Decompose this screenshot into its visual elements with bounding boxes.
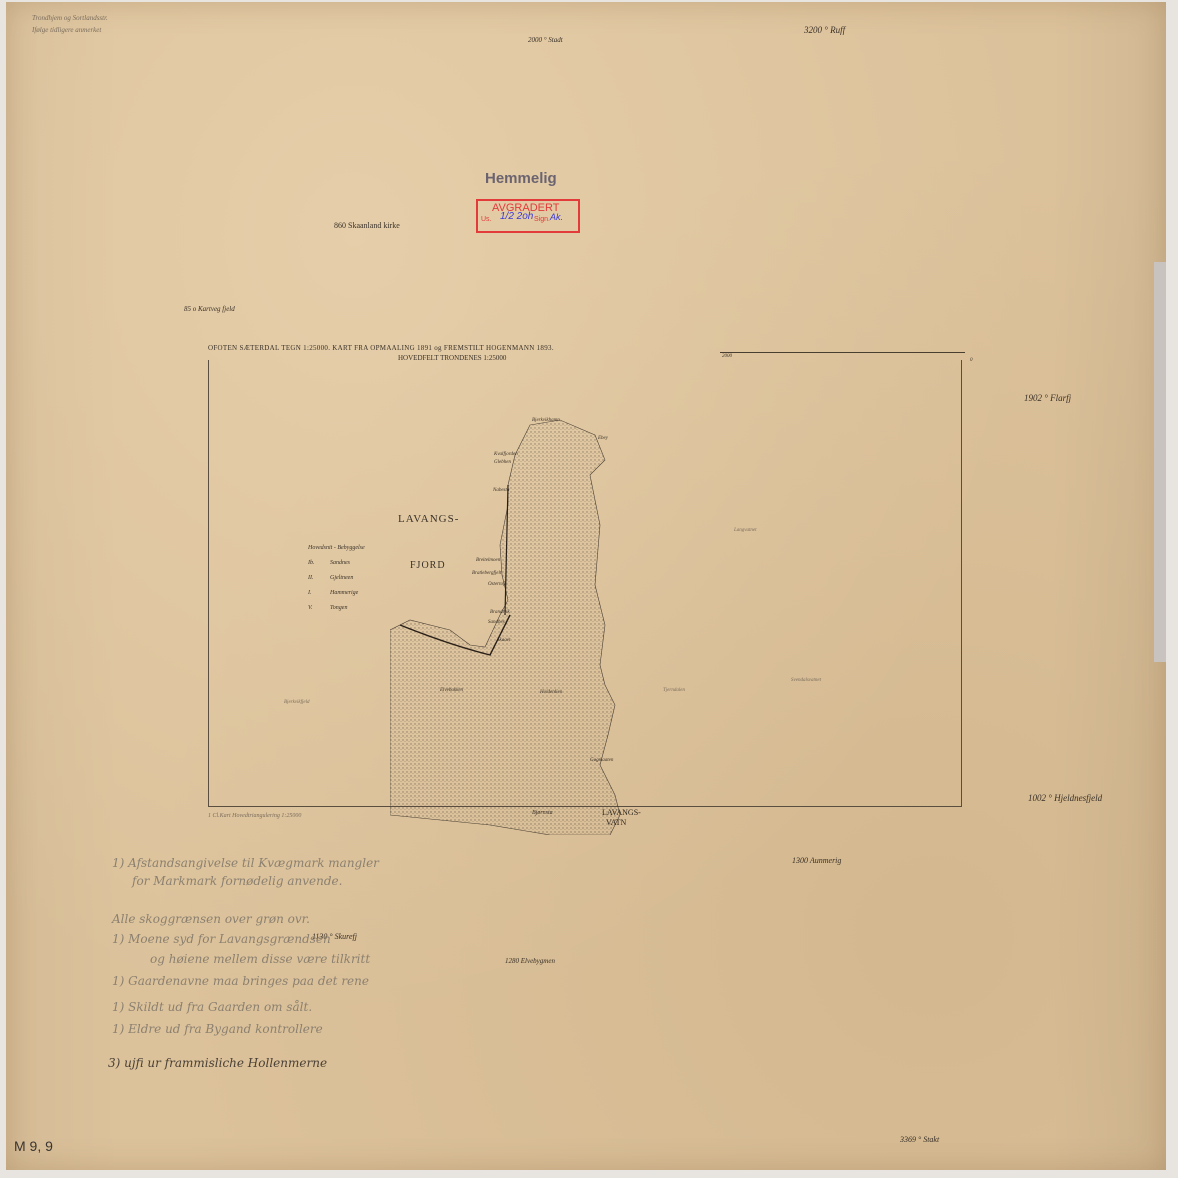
map-bottom-note: 1 Cl.Kart Hovedtriangulering 1:25000 bbox=[208, 813, 301, 819]
legend-row: V.Tongen bbox=[308, 605, 365, 611]
place-label: Elvebakken bbox=[440, 688, 463, 693]
legend-value: Gjeltneen bbox=[330, 575, 353, 581]
trig-label: 1902 ° Flarfj bbox=[1024, 393, 1071, 403]
trig-label: 860 Skaanland kirke bbox=[334, 221, 400, 230]
place-label: Skaaet bbox=[497, 638, 510, 643]
place-label: Breitelmoen bbox=[476, 558, 500, 563]
legend-key: II. bbox=[308, 575, 330, 581]
classification-stamp: Hemmelig bbox=[485, 170, 557, 187]
legend-row: II.Gjeltneen bbox=[308, 575, 365, 581]
lake-name-line-1: LAVANGS- bbox=[602, 808, 641, 818]
handwritten-note: 1) Gaardenavne maa bringes paa det rene bbox=[112, 974, 369, 988]
corner-note-line-1: Trondhjem og Sortlandsstr. bbox=[32, 14, 108, 22]
declassified-prefix: Us. bbox=[481, 216, 492, 223]
declassified-signature: Ak. bbox=[550, 212, 563, 222]
fjord-name: FJORD bbox=[410, 560, 446, 571]
legend-key: I. bbox=[308, 590, 330, 596]
place-label: Langvatnet bbox=[734, 528, 757, 533]
legend-value: Hammerige bbox=[330, 590, 358, 596]
map-header-title: OFOTEN SÆTERDAL TEGN 1:25000. KART FRA O… bbox=[208, 344, 554, 352]
scale-tick: 2000 bbox=[722, 354, 732, 359]
handwritten-note: 1) Skildt ud fra Gaarden om sålt. bbox=[112, 1000, 312, 1014]
legend-value: Sandnes bbox=[330, 560, 350, 566]
legend-key: Ib. bbox=[308, 560, 330, 566]
scale-tick: 0 bbox=[970, 358, 973, 363]
legend-row: I.Hammerige bbox=[308, 590, 365, 596]
lake-name: LAVANGS-VATN bbox=[602, 808, 641, 828]
place-label: Sandnes bbox=[488, 620, 505, 625]
handwritten-note: 1) Eldre ud fra Bygand kontrollere bbox=[112, 1022, 323, 1036]
map-legend: Hovedsnit - Bebyggelse Ib.Sandnes II.Gje… bbox=[308, 545, 365, 620]
place-label: Bjerkvikfjeld bbox=[284, 700, 310, 705]
handwritten-note: for Markmark fornødelig anvende. bbox=[132, 874, 342, 888]
place-label: Tjerndalen bbox=[663, 688, 685, 693]
legend-title: Hovedsnit - Bebyggelse bbox=[308, 545, 365, 551]
lake-name-line-2: VATN bbox=[602, 818, 641, 828]
legend-row: Ib.Sandnes bbox=[308, 560, 365, 566]
trig-label: 85 o Kartveg fjeld bbox=[184, 305, 235, 313]
fjord-name: LAVANGS- bbox=[398, 513, 459, 525]
trig-label: 1280 Elvebygmen bbox=[505, 957, 555, 965]
handwritten-note: 3) ujfi ur frammisliche Hollenmerne bbox=[108, 1056, 327, 1070]
scale-bar bbox=[720, 352, 965, 353]
place-label: Nabesta bbox=[493, 488, 509, 493]
place-label: Holdenlien bbox=[540, 690, 562, 695]
legend-value: Tongen bbox=[330, 605, 347, 611]
place-label: Bjørnsta bbox=[532, 810, 553, 816]
trig-label: 1002 ° Hjeldnesfjeld bbox=[1028, 793, 1102, 803]
handwritten-note: 1) Afstandsangivelse til Kvægmark mangle… bbox=[112, 856, 379, 870]
trig-label: 3369 ° Stakt bbox=[900, 1135, 939, 1144]
torn-edge bbox=[1154, 262, 1166, 662]
place-label: Bjerkvikhamn bbox=[532, 418, 560, 423]
trig-label: 3200 ° Ruff bbox=[804, 25, 845, 35]
place-label: Gogmaaten bbox=[590, 758, 613, 763]
place-label: Ebey bbox=[598, 436, 608, 441]
place-label: Svendalsvatnet bbox=[791, 678, 821, 683]
place-label: Ostertoft bbox=[488, 582, 506, 587]
handwritten-note: og høiene mellem disse være tilkritt bbox=[150, 952, 370, 966]
handwritten-note: 1) Moene syd for Lavangsgrændsen bbox=[112, 932, 331, 946]
declassified-sign-label: Sign. bbox=[534, 216, 550, 223]
legend-key: V. bbox=[308, 605, 330, 611]
archive-code: M 9, 9 bbox=[14, 1138, 53, 1154]
place-label: Glebhen bbox=[494, 460, 511, 465]
place-label: Kvalfjorden bbox=[494, 452, 518, 457]
place-label: Brandtvik bbox=[490, 610, 510, 615]
corner-note-line-2: Ifølge tidligere anmerket bbox=[32, 26, 101, 34]
declassified-date: 1/2 2oh bbox=[500, 211, 533, 222]
place-label: Bratlebergfjelt bbox=[472, 571, 501, 576]
terrain-landmass bbox=[390, 415, 620, 835]
trig-label: 2000 ° Stadt bbox=[528, 36, 563, 44]
handwritten-note: Alle skoggrænsen over grøn ovr. bbox=[112, 912, 310, 926]
declassified-stamp: AVGRADERT Us. 1/2 2oh Sign. Ak. bbox=[476, 199, 580, 233]
trig-label: 1300 Aunmerig bbox=[792, 856, 841, 865]
